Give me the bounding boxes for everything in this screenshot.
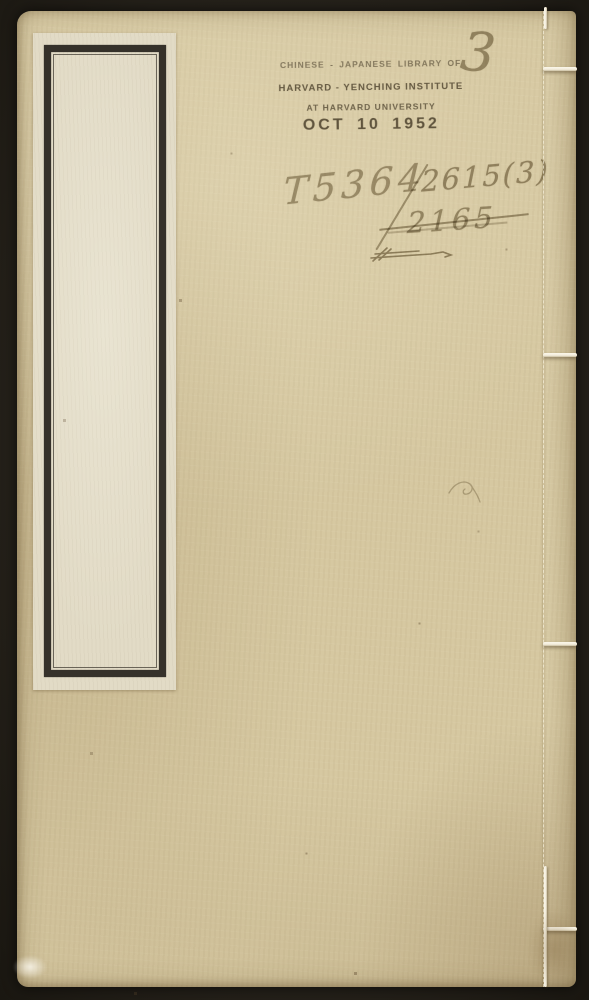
stamp-date: OCT 10 1952 xyxy=(265,115,477,136)
scanned-book-cover: CHINESE - JAPANESE LIBRARY OF HARVARD - … xyxy=(0,0,589,1000)
stamp-line-3: AT HARVARD UNIVERSITY xyxy=(265,101,477,114)
handwritten-volume-number: 3 xyxy=(458,19,499,85)
call-number-classmark: T5364 xyxy=(282,155,427,214)
binding-crease xyxy=(543,11,544,987)
stamp-line-2: HARVARD - YENCHING INSTITUTE xyxy=(265,81,477,95)
binding-stitch-1 xyxy=(543,67,577,71)
faint-pencil-squiggle xyxy=(445,475,487,509)
binding-stitch-3 xyxy=(543,642,577,646)
book-cover: CHINESE - JAPANESE LIBRARY OF HARVARD - … xyxy=(17,11,576,987)
spine-fold-strip xyxy=(544,11,576,987)
crossed-out-scribble xyxy=(367,243,459,267)
title-label-frame xyxy=(44,45,166,677)
stamp-line-1: CHINESE - JAPANESE LIBRARY OF xyxy=(265,58,477,71)
call-number-number: 2615(3) xyxy=(421,153,550,198)
call-number-crossed-out: 2165 xyxy=(407,200,498,240)
worn-corner-spot xyxy=(13,955,47,979)
library-stamp: CHINESE - JAPANESE LIBRARY OF HARVARD - … xyxy=(265,58,478,136)
title-label-slip xyxy=(33,33,176,690)
bottom-right-stain xyxy=(529,909,579,989)
foxing-specks xyxy=(17,11,18,12)
binding-stitch-2 xyxy=(543,353,577,357)
binding-thread-top-edge xyxy=(544,7,547,29)
